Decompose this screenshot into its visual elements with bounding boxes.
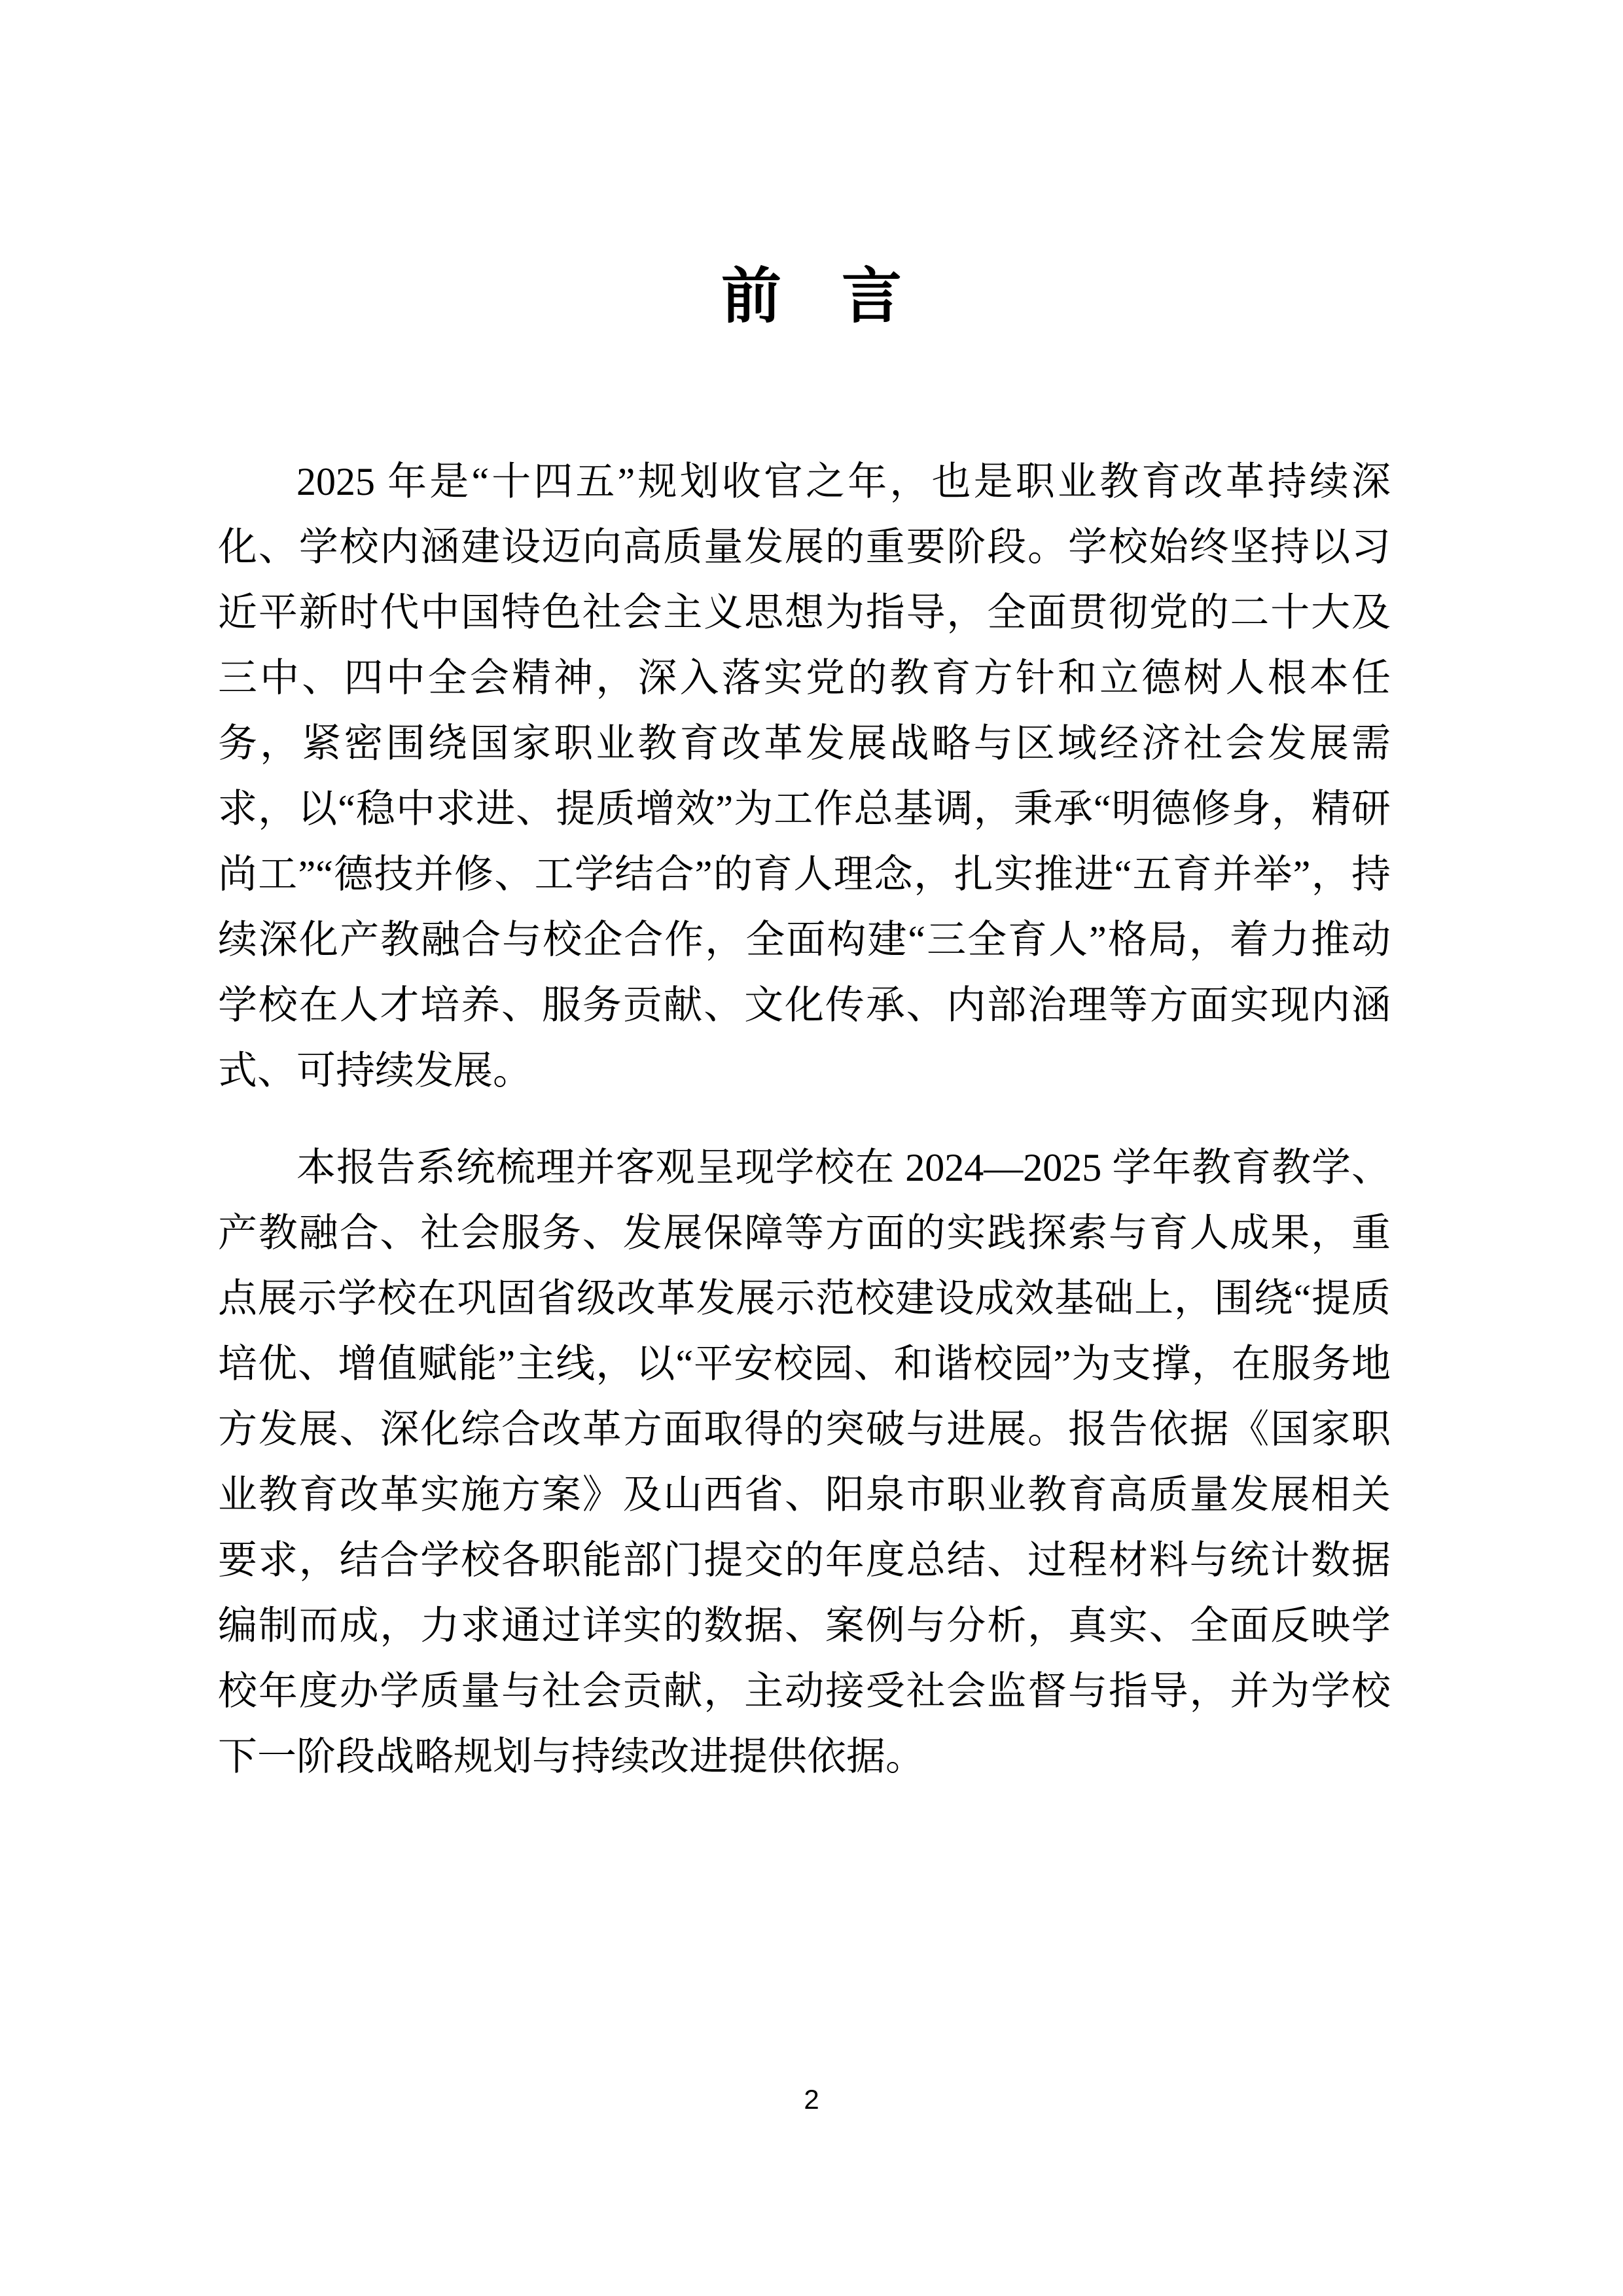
page-number: 2 <box>804 2084 819 2115</box>
document-page: 前 言 2025 年是“十四五”规划收官之年，也是职业教育改革持续深化、学校内涵… <box>0 0 1623 2296</box>
footer: 2 <box>0 2083 1623 2117</box>
content-area: 2025 年是“十四五”规划收官之年，也是职业教育改革持续深化、学校内涵建设迈向… <box>218 449 1391 1789</box>
page-title: 前 言 <box>0 260 1623 332</box>
preface-paragraph-1: 2025 年是“十四五”规划收官之年，也是职业教育改革持续深化、学校内涵建设迈向… <box>218 449 1391 1103</box>
preface-paragraph-2: 本报告系统梳理并客观呈现学校在 2024—2025 学年教育教学、产教融合、社会… <box>218 1135 1391 1789</box>
